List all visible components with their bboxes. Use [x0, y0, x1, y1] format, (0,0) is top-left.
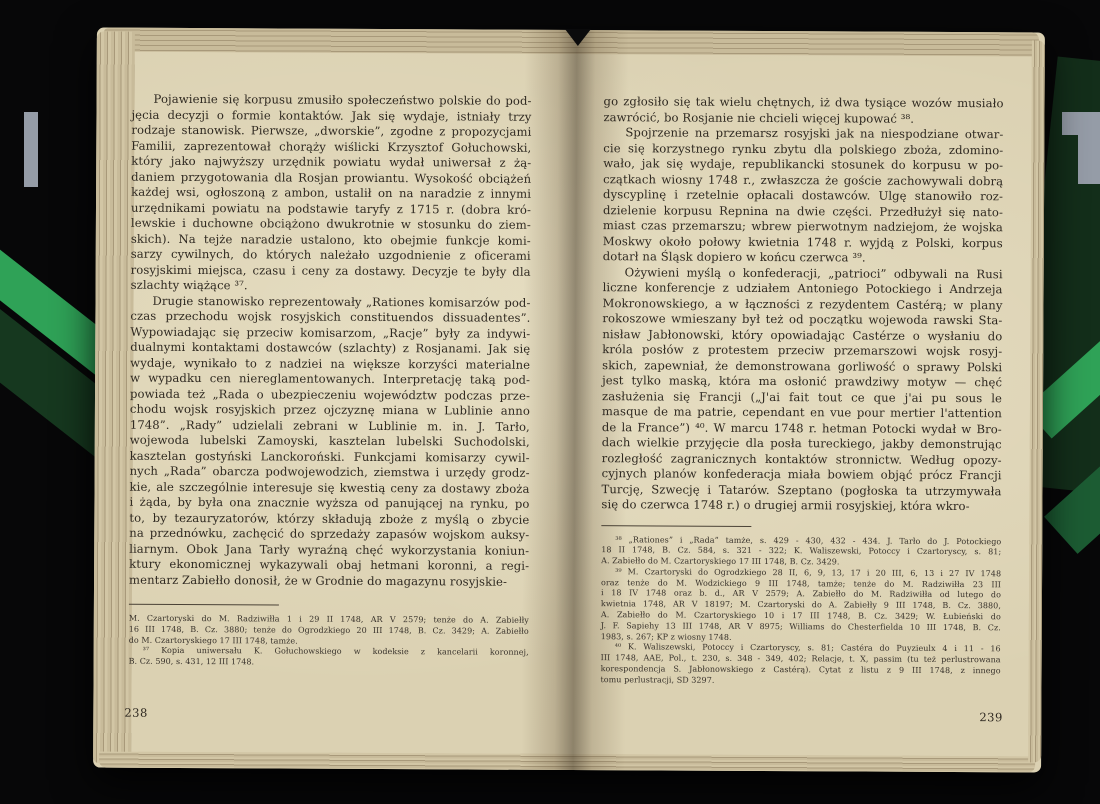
footnote: ⁴⁰ K. Waliszewski, Potoccy i Czartoryscy… — [601, 643, 1001, 688]
book-gutter-notch — [565, 29, 591, 46]
right-page-text-column: go zgłosiło się tak wielu chętnych, iż d… — [601, 94, 1004, 688]
text-line: mentarz Zabiełło donosił, że w Grodnie d… — [129, 572, 529, 590]
text-line: chodu wojsk rosyjskich przez ojczyznę mi… — [130, 402, 530, 420]
book-photo-scene: Pojawienie się korpusu zmusiło społeczeń… — [0, 0, 1100, 804]
paragraph: go zgłosiło się tak wielu chętnych, iż d… — [603, 94, 1003, 127]
text-line: czas przechodu wojsk rosyjskich constitu… — [130, 309, 530, 327]
text-line: i żąda, by była ona znacznie wyższa od p… — [129, 495, 529, 513]
text-line: się do czerwca 1748 r.) o drugiej armii … — [601, 497, 1001, 515]
text-line: lewskie i duchowne obciążono dwukrotnie … — [131, 216, 531, 234]
text-line: rodzaje stanowisk. Pierwsze, „dworskie”,… — [131, 123, 531, 141]
text-line: dotarł na Śląsk dopiero w końcu czerwca … — [603, 249, 1003, 267]
page-number-right: 239 — [979, 710, 1003, 724]
footnote: ³⁸ „Rationes” i „Rada” tamże, s. 429 - 4… — [601, 535, 1001, 569]
paragraph: Drugie stanowisko reprezentowały „Ration… — [129, 293, 531, 590]
text-line: liczne konferencje z udziałem Antoniego … — [603, 280, 1003, 298]
paragraph: Ożywieni myślą o konfederacji, „patrioci… — [601, 265, 1002, 515]
text-line: rokoszowe wmieszany był też od początku … — [602, 311, 1002, 329]
text-line: jest tylko maską, która ma osłonić prawd… — [602, 373, 1002, 391]
page-number-left: 238 — [124, 706, 148, 720]
text-line: króla posłów z protestem przeciw przemar… — [602, 342, 1002, 360]
right-page-footnotes: ³⁸ „Rationes” i „Rada” tamże, s. 429 - 4… — [601, 535, 1002, 688]
gray-clip-left — [24, 112, 38, 187]
footnote: ³⁹ M. Czartoryski do Ogrodzkiego 28 II, … — [601, 567, 1001, 645]
open-book: Pojawienie się korpusu zmusiło społeczeń… — [93, 28, 1045, 773]
text-line: Spojrzenie na przemarsz rosyjski jak na … — [603, 125, 1003, 143]
left-page-body: Pojawienie się korpusu zmusiło społeczeń… — [129, 92, 532, 590]
text-line: nych „Rada” obarcza podwojewodzich, ziem… — [130, 464, 530, 482]
right-page-body: go zgłosiło się tak wielu chętnych, iż d… — [601, 94, 1003, 515]
gray-clip-right-vertical — [1078, 112, 1100, 184]
text-line: w wypadku cen niereglamentowanych. Inter… — [130, 371, 530, 389]
paragraph: Spojrzenie na przemarsz rosyjski jak na … — [603, 125, 1004, 267]
text-line: dualnymi kontaktami dostawców (szlachty)… — [130, 340, 530, 358]
text-line: dach wielkie przyjęcie dla posła turecki… — [602, 435, 1002, 453]
left-page-footnotes: M. Czartoryski do M. Radziwiłła 1 i 29 I… — [129, 614, 529, 670]
left-page-text-column: Pojawienie się korpusu zmusiło społeczeń… — [129, 92, 532, 670]
text-line: sarzy cywilnych, do których należało uzg… — [131, 247, 531, 265]
text-line: szlachty wiążące ³⁷. — [131, 278, 531, 296]
text-line: który jako najwyższy urzędnik powiatu wy… — [131, 154, 531, 172]
right-footnote-rule — [601, 525, 751, 527]
text-line: Pojawienie się korpusu zmusiło społeczeń… — [132, 92, 532, 110]
footnote: ³⁷ Kopia uniwersału K. Gołuchowskiego w … — [129, 646, 529, 670]
text-line: na przednówku, zachęcić do sprzedaży zap… — [129, 526, 529, 544]
text-line: każdej wsi, ogłoszoną z ambon, ustalił o… — [131, 185, 531, 203]
text-line: go zgłosiło się tak wielu chętnych, iż d… — [604, 94, 1004, 112]
paragraph: Pojawienie się korpusu zmusiło społeczeń… — [131, 92, 532, 296]
text-line: B. Cz. 590, s. 431, 12 III 1748. — [129, 657, 529, 670]
footnote: M. Czartoryski do M. Radziwiłła 1 i 29 I… — [129, 614, 529, 648]
text-line: wojewoda lubelski Zamoyski, kasztelan lu… — [130, 433, 530, 451]
text-line: masque de ma patrie, cependant en vue po… — [602, 404, 1002, 422]
text-line: ktury ekonomicznej wykazywali obaj hetma… — [129, 557, 529, 575]
book-right-fore-edge — [1028, 40, 1045, 762]
text-line: miast czas przemarszu; wbrew pierwotnym … — [603, 218, 1003, 236]
text-line: dyscyplinę i rzetelnie opłacali dostawcó… — [603, 187, 1003, 205]
text-line: wało, jak się wydaje, republikancki stos… — [603, 156, 1003, 174]
text-line: tomu perlustracji, SD 3297. — [601, 675, 1001, 688]
text-line: cyjnych planów konfederacja miała bowiem… — [602, 466, 1002, 484]
left-footnote-rule — [129, 604, 279, 606]
